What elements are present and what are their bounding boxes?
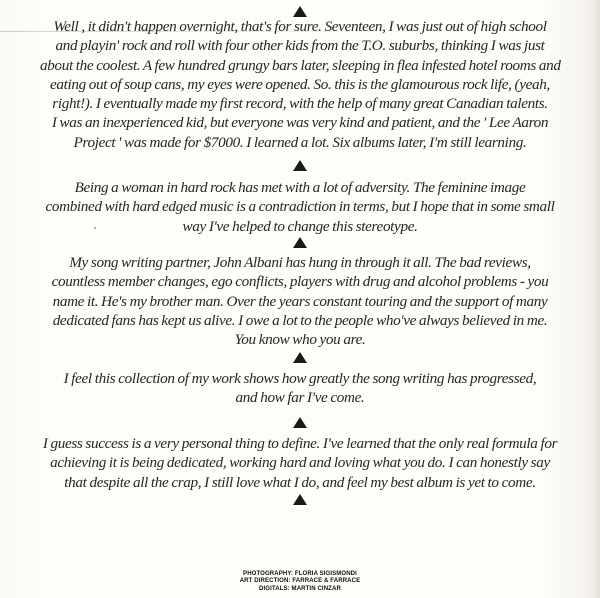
paragraph-songwriting-partner: My song writing partner, John Albani has… (40, 253, 560, 349)
paragraph-success: I guess success is a very personal thing… (40, 434, 560, 492)
text-line: name it. He's my brother man. Over the y… (40, 292, 560, 311)
triangle-divider-icon (293, 160, 307, 171)
print-speck (94, 227, 96, 229)
text-line: combined with hard edged music is a cont… (40, 197, 560, 216)
text-line: achieving it is being dedicated, working… (40, 453, 560, 472)
triangle-divider-icon (293, 237, 307, 248)
triangle-divider-icon (293, 6, 307, 17)
text-line: Well , it didn't happen overnight, that'… (40, 17, 560, 36)
paragraph-early-career: Well , it didn't happen overnight, that'… (40, 17, 560, 152)
text-line: My song writing partner, John Albani has… (40, 253, 560, 272)
text-line: I was an inexperienced kid, but everyone… (40, 113, 560, 132)
text-line: dedicated fans has kept us alive. I owe … (40, 311, 560, 330)
text-line: that despite all the crap, I still love … (40, 473, 560, 492)
text-line: Project ' was made for $7000. I learned … (40, 133, 560, 152)
text-line: eating out of soup cans, my eyes were op… (40, 75, 560, 94)
text-line: about the coolest. A few hundred grungy … (40, 56, 560, 75)
triangle-divider-icon (293, 417, 307, 428)
text-line: and how far I've come. (40, 388, 560, 407)
text-line: Being a woman in hard rock has met with … (40, 178, 560, 197)
triangle-divider-icon (293, 494, 307, 505)
text-line: You know who you are. (40, 330, 560, 349)
credit-digitals: DIGITALS: MARTIN CINZAR (24, 585, 576, 592)
triangle-divider-icon (293, 352, 307, 363)
text-line: way I've helped to change this stereotyp… (40, 217, 560, 236)
print-speck (60, 65, 62, 67)
paragraph-woman-in-rock: Being a woman in hard rock has met with … (40, 178, 560, 236)
text-line: countless member changes, ego conflicts,… (40, 272, 560, 291)
credit-photography: PHOTOGRAPHY: FLORIA SIGISMONDI (24, 570, 576, 577)
text-line: and playin' rock and roll with four othe… (40, 36, 560, 55)
text-line: right!). I eventually made my first reco… (40, 94, 560, 113)
page-edge-shadow (592, 0, 600, 598)
liner-notes-page: Well , it didn't happen overnight, that'… (0, 0, 600, 598)
text-line: I guess success is a very personal thing… (40, 434, 560, 453)
paragraph-collection: I feel this collection of my work shows … (40, 369, 560, 408)
credits-block: PHOTOGRAPHY: FLORIA SIGISMONDI ART DIREC… (24, 570, 576, 592)
credit-art-direction: ART DIRECTION: FARRACE & FARRACE (24, 577, 576, 584)
text-line: I feel this collection of my work shows … (40, 369, 560, 388)
